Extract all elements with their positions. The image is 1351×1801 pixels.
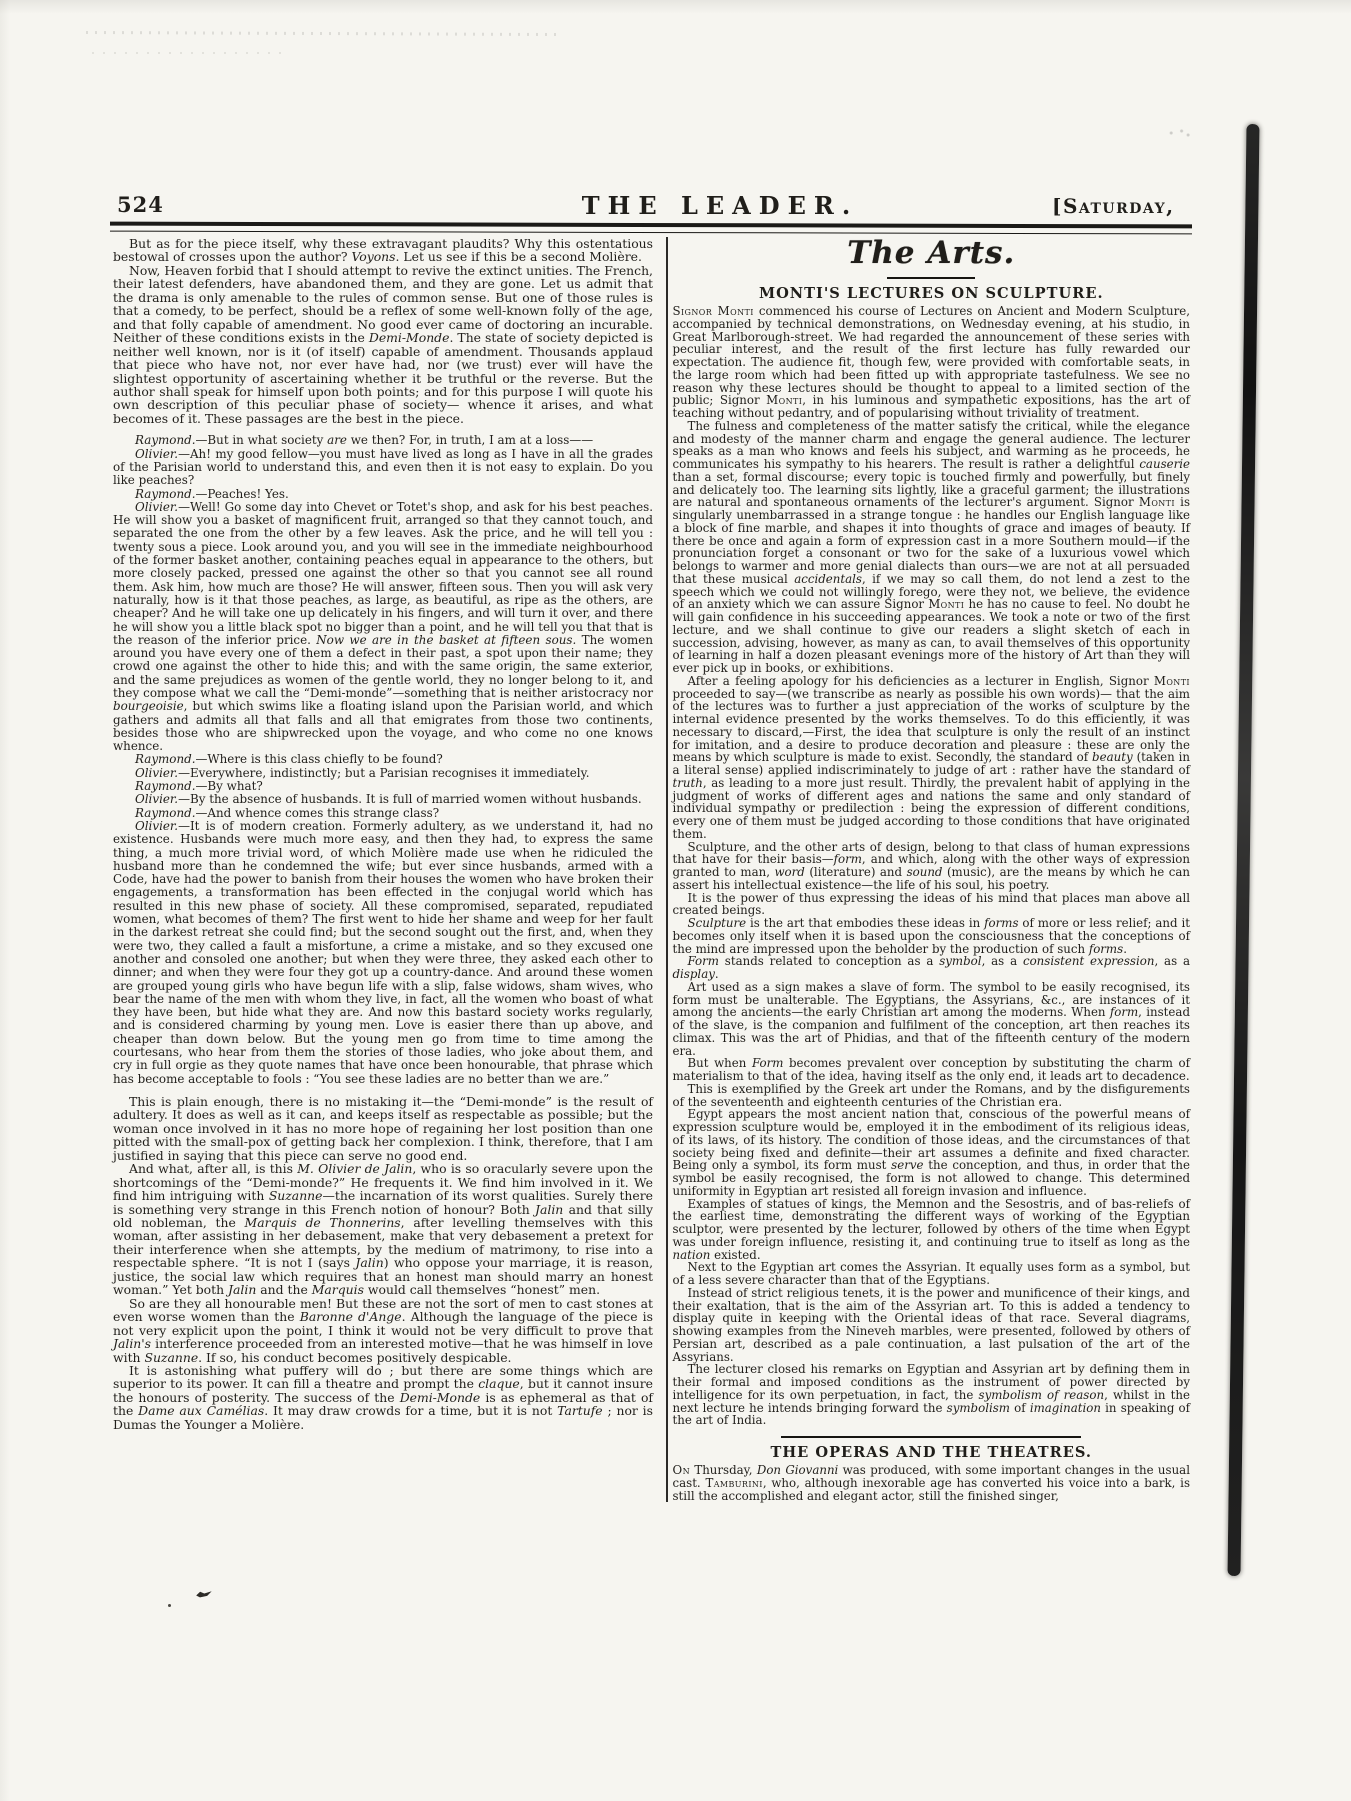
paragraph: So are they all honourable men! But thes… — [113, 1297, 653, 1364]
paragraph: The fulness and completeness of the matt… — [673, 420, 1191, 675]
article: MONTI'S LECTURES ON SCULPTURE.Signor Mon… — [673, 286, 1191, 1427]
newspaper-page: 524 THE LEADER. [Saturday, But as for th… — [0, 0, 1351, 1801]
ink-mark — [196, 1589, 213, 1599]
paragraph: Form stands related to conception as a s… — [673, 955, 1191, 981]
section-rule — [887, 277, 975, 279]
paragraph: Raymond.—By what? — [113, 780, 653, 793]
scan-noise — [1166, 128, 1192, 138]
paragraph: It is astonishing what puffery will do ;… — [113, 1364, 653, 1431]
paragraph: Raymond.—Peaches! Yes. — [113, 488, 653, 501]
paragraph: Sculpture, and the other arts of design,… — [673, 841, 1191, 892]
paragraph: The lecturer closed his remarks on Egypt… — [673, 1363, 1191, 1427]
paragraph: Now, Heaven forbid that I should attempt… — [113, 264, 653, 425]
binding-shadow — [1227, 124, 1259, 1576]
paragraph: Art used as a sign makes a slave of form… — [673, 981, 1191, 1058]
paragraph: Olivier.—Ah! my good fellow—you must hav… — [113, 448, 653, 488]
right-column: The Arts. MONTI'S LECTURES ON SCULPTURE.… — [673, 237, 1191, 1502]
columns: But as for the piece itself, why these e… — [113, 237, 1190, 1502]
paragraph: This is exemplified by the Greek art und… — [673, 1083, 1191, 1109]
paragraph: Olivier.—It is of modern creation. Forme… — [113, 820, 653, 1086]
paragraph: Raymond.—And whence comes this strange c… — [113, 807, 653, 820]
article-title: MONTI'S LECTURES ON SCULPTURE. — [673, 286, 1191, 302]
paragraph: This is plain enough, there is no mistak… — [113, 1095, 653, 1162]
page-number: 524 — [117, 192, 164, 217]
paragraph: After a feeling apology for his deficien… — [673, 675, 1191, 841]
column-divider — [666, 237, 668, 1502]
scan-noise — [92, 52, 282, 54]
header-rule — [110, 222, 1192, 235]
article: THE OPERAS AND THE THEATRES.On Thursday,… — [673, 1436, 1191, 1502]
paragraph: Egypt appears the most ancient nation th… — [673, 1108, 1191, 1197]
paragraph: Next to the Egyptian art comes the Assyr… — [673, 1261, 1191, 1287]
paragraph: But as for the piece itself, why these e… — [113, 237, 653, 264]
paragraph: Instead of strict religious tenets, it i… — [673, 1287, 1191, 1364]
scan-noise — [86, 31, 556, 36]
ink-dot — [168, 1604, 171, 1607]
paragraph: And what, after all, is this M. Olivier … — [113, 1162, 653, 1297]
paragraph: It is the power of thus expressing the i… — [673, 892, 1191, 918]
paragraph: Olivier.—Well! Go some day into Chevet o… — [113, 501, 653, 754]
paragraph: Sculpture is the art that embodies these… — [673, 917, 1191, 955]
paragraph: Olivier.—By the absence of husbands. It … — [113, 793, 653, 806]
paragraph: Signor Monti commenced his course of Lec… — [673, 305, 1191, 420]
paragraph: Olivier.—Everywhere, indistinctly; but a… — [113, 767, 653, 780]
paragraph: But when Form becomes prevalent over con… — [673, 1057, 1191, 1083]
paragraph: Examples of statues of kings, the Memnon… — [673, 1198, 1191, 1262]
masthead-title: THE LEADER. — [520, 191, 920, 220]
article-title: THE OPERAS AND THE THEATRES. — [673, 1445, 1191, 1461]
date-label: [Saturday, — [1052, 194, 1175, 218]
section-title: The Arts. — [673, 237, 1191, 269]
paragraph: Raymond.—But in what society are we then… — [113, 434, 653, 447]
paragraph: Raymond.—Where is this class chiefly to … — [113, 753, 653, 766]
paragraph: On Thursday, Don Giovanni was produced, … — [673, 1464, 1191, 1502]
left-column: But as for the piece itself, why these e… — [113, 237, 653, 1431]
articles: MONTI'S LECTURES ON SCULPTURE.Signor Mon… — [673, 286, 1191, 1502]
